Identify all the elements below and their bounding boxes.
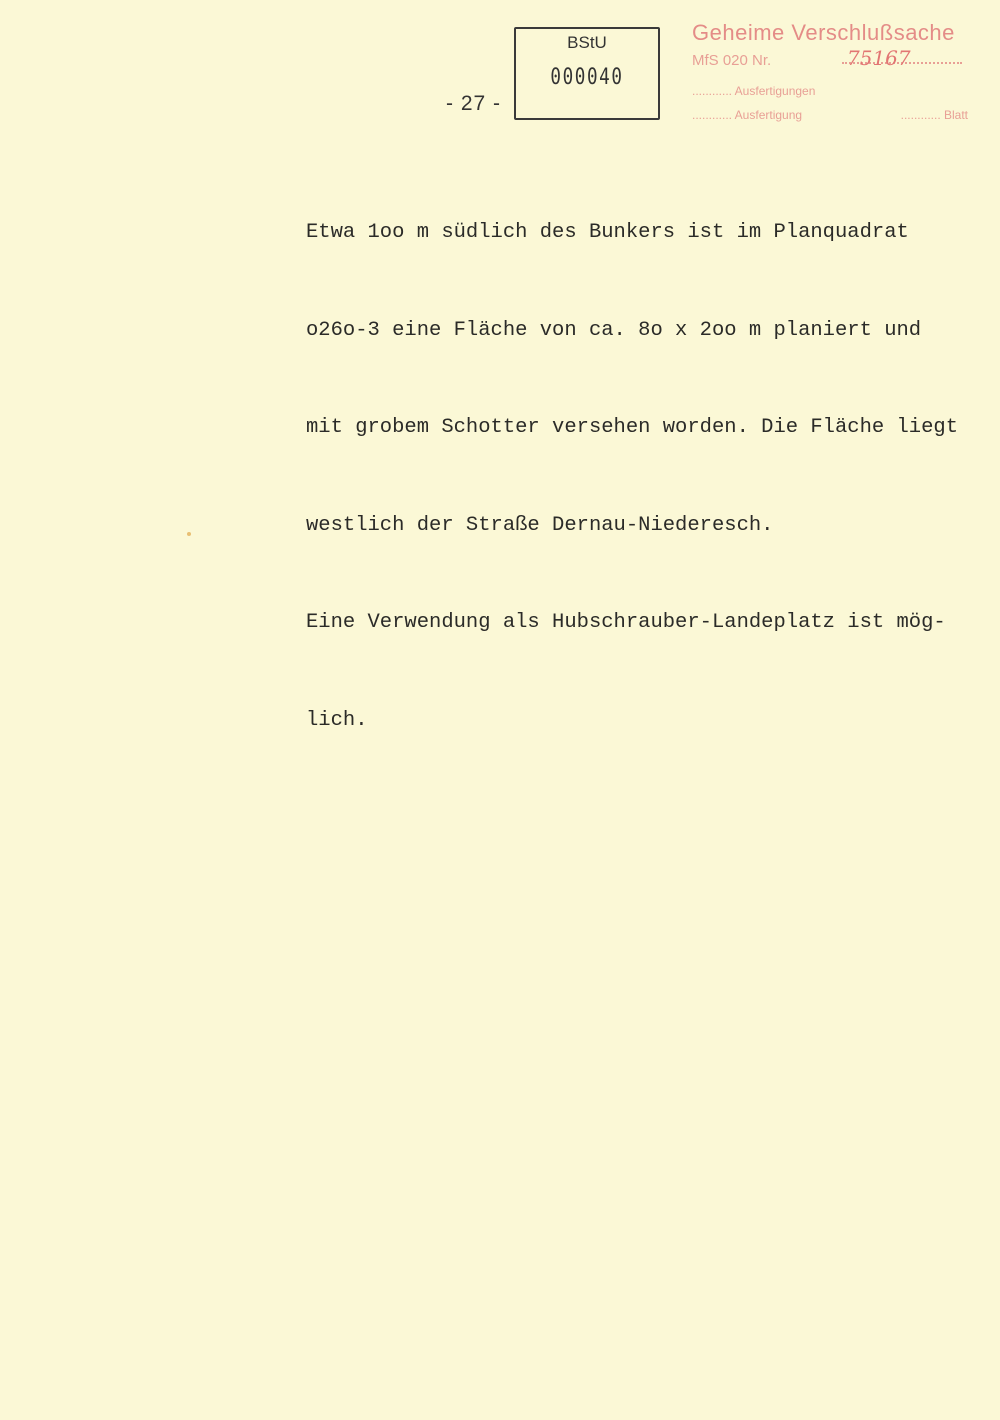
body-text: Etwa 1oo m südlich des Bunkers ist im Pl…: [306, 152, 986, 802]
copies-row: ............ Ausfertigungen: [692, 84, 982, 98]
page-number: - 27 -: [446, 92, 501, 116]
text-line: westlich der Straße Dernau-Niederesch.: [306, 510, 986, 543]
registry-prefix: MfS 020 Nr.: [692, 52, 771, 69]
text-line: Eine Verwendung als Hubschrauber-Landepl…: [306, 607, 986, 640]
paper-speck: [187, 532, 191, 536]
text-line: Etwa 1oo m südlich des Bunkers ist im Pl…: [306, 217, 986, 250]
classification-title: Geheime Verschlußsache: [692, 20, 982, 46]
archive-number: 000040: [530, 65, 644, 90]
registry-row: MfS 020 Nr. 75167: [692, 52, 982, 74]
text-line: mit grobem Schotter versehen worden. Die…: [306, 412, 986, 445]
classification-stamp: Geheime Verschlußsache MfS 020 Nr. 75167…: [692, 20, 982, 122]
text-line: lich.: [306, 705, 986, 738]
text-line: o26o-3 eine Fläche von ca. 8o x 2oo m pl…: [306, 315, 986, 348]
archive-agency: BStU: [516, 33, 658, 53]
copy-sheet-row: ............ Ausfertigung ............ B…: [692, 108, 982, 122]
registry-number: 75167: [847, 46, 911, 70]
archive-stamp: BStU 000040: [514, 27, 660, 120]
sheet-label: ............ Blatt: [901, 108, 968, 122]
copies-label: ............ Ausfertigungen: [692, 84, 815, 98]
copy-label: ............ Ausfertigung: [692, 108, 802, 122]
